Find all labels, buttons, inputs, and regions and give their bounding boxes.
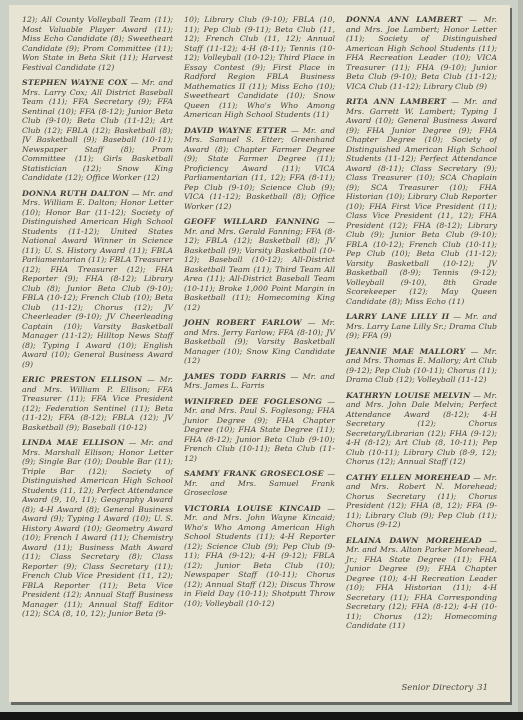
text-column-middle: 10); Library Club (9-10); FBLA (10, 11);…	[184, 15, 335, 670]
student-name: RITA ANN LAMBERT	[346, 97, 446, 106]
yearbook-page: 12); All County Volleyball Team (11); Mo…	[9, 5, 510, 702]
student-name: DAVID WAYNE ETTER	[184, 126, 287, 135]
directory-entry: STEPHEN WAYNE COX — Mr. and Mrs. Larry C…	[22, 78, 173, 183]
page-number: 31	[477, 683, 488, 693]
directory-entry: JOHN ROBERT FARLOW — Mr. and Mrs. Jerry …	[184, 318, 335, 366]
student-name: CATHY ELLEN MOREHEAD	[346, 473, 470, 482]
student-name: SAMMY FRANK GROSECLOSE	[184, 469, 324, 478]
student-name: KATHRYN LOUISE MELVIN	[346, 391, 470, 400]
directory-entry: LARRY LANE LILLY II — Mr. and Mrs. Larry…	[346, 312, 497, 341]
directory-entry: SAMMY FRANK GROSECLOSE — Mr. and Mrs. Sa…	[184, 469, 335, 498]
directory-entry: JAMES TODD FARRIS — Mr. and Mrs. James L…	[184, 372, 335, 391]
directory-entry: ELAINA DAWN MOREHEAD — Mr. and Mrs. Alto…	[346, 536, 497, 631]
student-name: JEANNIE MAE MALLORY	[346, 347, 465, 356]
directory-entry: 10); Library Club (9-10); FBLA (10, 11);…	[184, 15, 335, 120]
student-name: JOHN ROBERT FARLOW	[184, 318, 302, 327]
student-name: DONNA ANN LAMBERT	[346, 15, 462, 24]
student-name: GEOFF WILLARD FANNING	[184, 217, 320, 226]
student-name: STEPHEN WAYNE COX	[22, 78, 128, 87]
student-name: LINDA MAE ELLISON	[22, 438, 124, 447]
directory-entry: DAVID WAYNE ETTER — Mr. and Mrs. Samuel …	[184, 126, 335, 212]
footer-title: Senior Directory	[401, 683, 473, 693]
directory-columns: 12); All County Volleyball Team (11); Mo…	[22, 15, 497, 670]
directory-entry: KATHRYN LOUISE MELVIN — Mr. and Mrs. Joh…	[346, 391, 497, 467]
student-name: ERIC PRESTON ELLISON	[22, 375, 142, 384]
directory-entry: JEANNIE MAE MALLORY — Mr. and Mrs. Thoma…	[346, 347, 497, 385]
directory-entry: LINDA MAE ELLISON — Mr. and Mrs. Marshal…	[22, 438, 173, 619]
student-name: LARRY LANE LILLY II	[346, 312, 449, 321]
text-column-right: DONNA ANN LAMBERT — Mr. and Mrs. Joe Lam…	[346, 15, 497, 670]
student-name: WINIFRED DEE FOGLESONG	[184, 397, 322, 406]
directory-entry: DONNA ANN LAMBERT — Mr. and Mrs. Joe Lam…	[346, 15, 497, 91]
student-name: VICTORIA LOUISE KINCAID	[184, 504, 321, 513]
student-name: DONNA RUTH DALTON	[22, 189, 129, 198]
directory-entry: RITA ANN LAMBERT — Mr. and Mrs. Garrett …	[346, 97, 497, 306]
text-column-left: 12); All County Volleyball Team (11); Mo…	[22, 15, 173, 670]
directory-entry: CATHY ELLEN MOREHEAD — Mr. and Mrs. Robe…	[346, 473, 497, 530]
student-name: JAMES TODD FARRIS	[184, 372, 286, 381]
directory-entry: 12); All County Volleyball Team (11); Mo…	[22, 15, 173, 72]
directory-entry: VICTORIA LOUISE KINCAID — Mr. and Mrs. J…	[184, 504, 335, 609]
student-name: ELAINA DAWN MOREHEAD	[346, 536, 482, 545]
directory-entry: ERIC PRESTON ELLISON — Mr. and Mrs. Will…	[22, 375, 173, 432]
scan-background: 12); All County Volleyball Team (11); Mo…	[0, 0, 523, 720]
directory-entry: WINIFRED DEE FOGLESONG — Mr. and Mrs. Pa…	[184, 397, 335, 464]
page-footer: Senior Directory31	[397, 683, 488, 693]
directory-entry: GEOFF WILLARD FANNING — Mr. and Mrs. Ger…	[184, 217, 335, 312]
directory-entry: DONNA RUTH DALTON — Mr. and Mrs. William…	[22, 189, 173, 370]
